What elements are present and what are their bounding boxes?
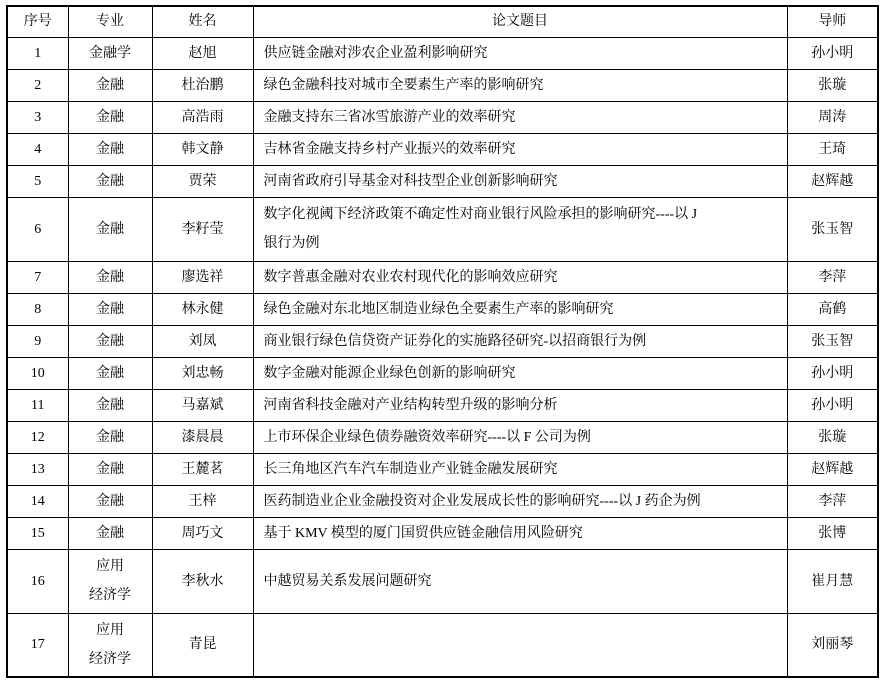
cell-major: 金融 <box>68 325 152 357</box>
table-row: 3金融高浩雨金融支持东三省冰雪旅游产业的效率研究周涛 <box>7 101 878 133</box>
table-row: 1金融学赵旭供应链金融对涉农企业盈利影响研究孙小明 <box>7 37 878 69</box>
header-major: 专业 <box>68 6 152 37</box>
cell-index: 6 <box>7 197 68 261</box>
cell-index: 3 <box>7 101 68 133</box>
cell-major: 金融 <box>68 261 152 293</box>
cell-index: 13 <box>7 453 68 485</box>
table-row: 8金融林永健绿色金融对东北地区制造业绿色全要素生产率的影响研究高鹤 <box>7 293 878 325</box>
cell-title: 基于 KMV 模型的厦门国贸供应链金融信用风险研究 <box>253 517 787 549</box>
cell-name: 漆晨晨 <box>152 421 253 453</box>
cell-index: 9 <box>7 325 68 357</box>
cell-title: 金融支持东三省冰雪旅游产业的效率研究 <box>253 101 787 133</box>
table-header-row: 序号 专业 姓名 论文题目 导师 <box>7 6 878 37</box>
cell-major: 金融学 <box>68 37 152 69</box>
cell-major: 金融 <box>68 69 152 101</box>
cell-index: 16 <box>7 549 68 613</box>
cell-advisor: 张璇 <box>787 421 878 453</box>
cell-index: 17 <box>7 613 68 677</box>
table-row: 9金融刘凤商业银行绿色信贷资产证券化的实施路径研究-以招商银行为例张玉智 <box>7 325 878 357</box>
cell-major: 金融 <box>68 293 152 325</box>
cell-advisor: 崔月慧 <box>787 549 878 613</box>
cell-major: 金融 <box>68 197 152 261</box>
table-row: 4金融韩文静吉林省金融支持乡村产业振兴的效率研究王琦 <box>7 133 878 165</box>
cell-name: 刘忠畅 <box>152 357 253 389</box>
cell-advisor: 王琦 <box>787 133 878 165</box>
table-row: 11金融马嘉斌河南省科技金融对产业结构转型升级的影响分析孙小明 <box>7 389 878 421</box>
cell-name: 马嘉斌 <box>152 389 253 421</box>
cell-advisor: 李萍 <box>787 261 878 293</box>
cell-index: 12 <box>7 421 68 453</box>
cell-title: 绿色金融科技对城市全要素生产率的影响研究 <box>253 69 787 101</box>
table-row: 2金融杜治鹏绿色金融科技对城市全要素生产率的影响研究张璇 <box>7 69 878 101</box>
table-row: 14金融王梓医药制造业企业金融投资对企业发展成长性的影响研究----以 J 药企… <box>7 485 878 517</box>
cell-name: 廖选祥 <box>152 261 253 293</box>
cell-index: 8 <box>7 293 68 325</box>
thesis-table: 序号 专业 姓名 论文题目 导师 1金融学赵旭供应链金融对涉农企业盈利影响研究孙… <box>6 5 879 678</box>
cell-index: 14 <box>7 485 68 517</box>
cell-major: 金融 <box>68 421 152 453</box>
cell-name: 刘凤 <box>152 325 253 357</box>
cell-index: 10 <box>7 357 68 389</box>
cell-title: 中越贸易关系发展问题研究 <box>253 549 787 613</box>
cell-major: 应用 经济学 <box>68 613 152 677</box>
cell-index: 7 <box>7 261 68 293</box>
table-row: 7金融廖选祥数字普惠金融对农业农村现代化的影响效应研究李萍 <box>7 261 878 293</box>
cell-major: 金融 <box>68 357 152 389</box>
cell-title: 数字普惠金融对农业农村现代化的影响效应研究 <box>253 261 787 293</box>
cell-name: 李籽莹 <box>152 197 253 261</box>
cell-title: 数字化视阈下经济政策不确定性对商业银行风险承担的影响研究----以 J 银行为例 <box>253 197 787 261</box>
header-title: 论文题目 <box>253 6 787 37</box>
table-row: 12金融漆晨晨上市环保企业绿色债券融资效率研究----以 F 公司为例张璇 <box>7 421 878 453</box>
cell-name: 贾荣 <box>152 165 253 197</box>
cell-title: 供应链金融对涉农企业盈利影响研究 <box>253 37 787 69</box>
cell-major: 金融 <box>68 485 152 517</box>
cell-title: 绿色金融对东北地区制造业绿色全要素生产率的影响研究 <box>253 293 787 325</box>
cell-major: 金融 <box>68 389 152 421</box>
cell-name: 周巧文 <box>152 517 253 549</box>
header-index: 序号 <box>7 6 68 37</box>
cell-title: 河南省科技金融对产业结构转型升级的影响分析 <box>253 389 787 421</box>
cell-name: 王麓茗 <box>152 453 253 485</box>
cell-major: 金融 <box>68 165 152 197</box>
header-advisor: 导师 <box>787 6 878 37</box>
cell-name: 王梓 <box>152 485 253 517</box>
cell-index: 5 <box>7 165 68 197</box>
cell-index: 2 <box>7 69 68 101</box>
cell-title: 商业银行绿色信贷资产证券化的实施路径研究-以招商银行为例 <box>253 325 787 357</box>
table-row: 17应用 经济学青昆刘丽琴 <box>7 613 878 677</box>
cell-advisor: 孙小明 <box>787 389 878 421</box>
table-row: 5金融贾荣河南省政府引导基金对科技型企业创新影响研究赵辉越 <box>7 165 878 197</box>
cell-name: 杜治鹏 <box>152 69 253 101</box>
table-row: 13金融王麓茗长三角地区汽车汽车制造业产业链金融发展研究赵辉越 <box>7 453 878 485</box>
cell-index: 4 <box>7 133 68 165</box>
document-page: 序号 专业 姓名 论文题目 导师 1金融学赵旭供应链金融对涉农企业盈利影响研究孙… <box>0 0 883 678</box>
cell-major: 金融 <box>68 133 152 165</box>
cell-title: 医药制造业企业金融投资对企业发展成长性的影响研究----以 J 药企为例 <box>253 485 787 517</box>
cell-major: 金融 <box>68 453 152 485</box>
cell-title <box>253 613 787 677</box>
cell-title: 吉林省金融支持乡村产业振兴的效率研究 <box>253 133 787 165</box>
cell-advisor: 张博 <box>787 517 878 549</box>
table-row: 10金融刘忠畅数字金融对能源企业绿色创新的影响研究孙小明 <box>7 357 878 389</box>
cell-name: 赵旭 <box>152 37 253 69</box>
cell-name: 青昆 <box>152 613 253 677</box>
cell-advisor: 张璇 <box>787 69 878 101</box>
cell-title: 长三角地区汽车汽车制造业产业链金融发展研究 <box>253 453 787 485</box>
cell-major: 应用 经济学 <box>68 549 152 613</box>
cell-name: 韩文静 <box>152 133 253 165</box>
header-name: 姓名 <box>152 6 253 37</box>
cell-advisor: 张玉智 <box>787 325 878 357</box>
cell-advisor: 赵辉越 <box>787 453 878 485</box>
cell-title: 数字金融对能源企业绿色创新的影响研究 <box>253 357 787 389</box>
cell-title: 河南省政府引导基金对科技型企业创新影响研究 <box>253 165 787 197</box>
cell-title: 上市环保企业绿色债券融资效率研究----以 F 公司为例 <box>253 421 787 453</box>
cell-major: 金融 <box>68 101 152 133</box>
cell-name: 林永健 <box>152 293 253 325</box>
table-row: 6金融李籽莹数字化视阈下经济政策不确定性对商业银行风险承担的影响研究----以 … <box>7 197 878 261</box>
cell-advisor: 张玉智 <box>787 197 878 261</box>
cell-index: 11 <box>7 389 68 421</box>
table-row: 16应用 经济学李秋水中越贸易关系发展问题研究崔月慧 <box>7 549 878 613</box>
cell-advisor: 孙小明 <box>787 357 878 389</box>
cell-index: 1 <box>7 37 68 69</box>
cell-advisor: 孙小明 <box>787 37 878 69</box>
cell-index: 15 <box>7 517 68 549</box>
cell-name: 李秋水 <box>152 549 253 613</box>
cell-major: 金融 <box>68 517 152 549</box>
cell-advisor: 赵辉越 <box>787 165 878 197</box>
thesis-table-body: 1金融学赵旭供应链金融对涉农企业盈利影响研究孙小明2金融杜治鹏绿色金融科技对城市… <box>7 37 878 677</box>
table-row: 15金融周巧文基于 KMV 模型的厦门国贸供应链金融信用风险研究张博 <box>7 517 878 549</box>
cell-advisor: 高鹤 <box>787 293 878 325</box>
cell-advisor: 刘丽琴 <box>787 613 878 677</box>
cell-advisor: 周涛 <box>787 101 878 133</box>
cell-name: 高浩雨 <box>152 101 253 133</box>
cell-advisor: 李萍 <box>787 485 878 517</box>
